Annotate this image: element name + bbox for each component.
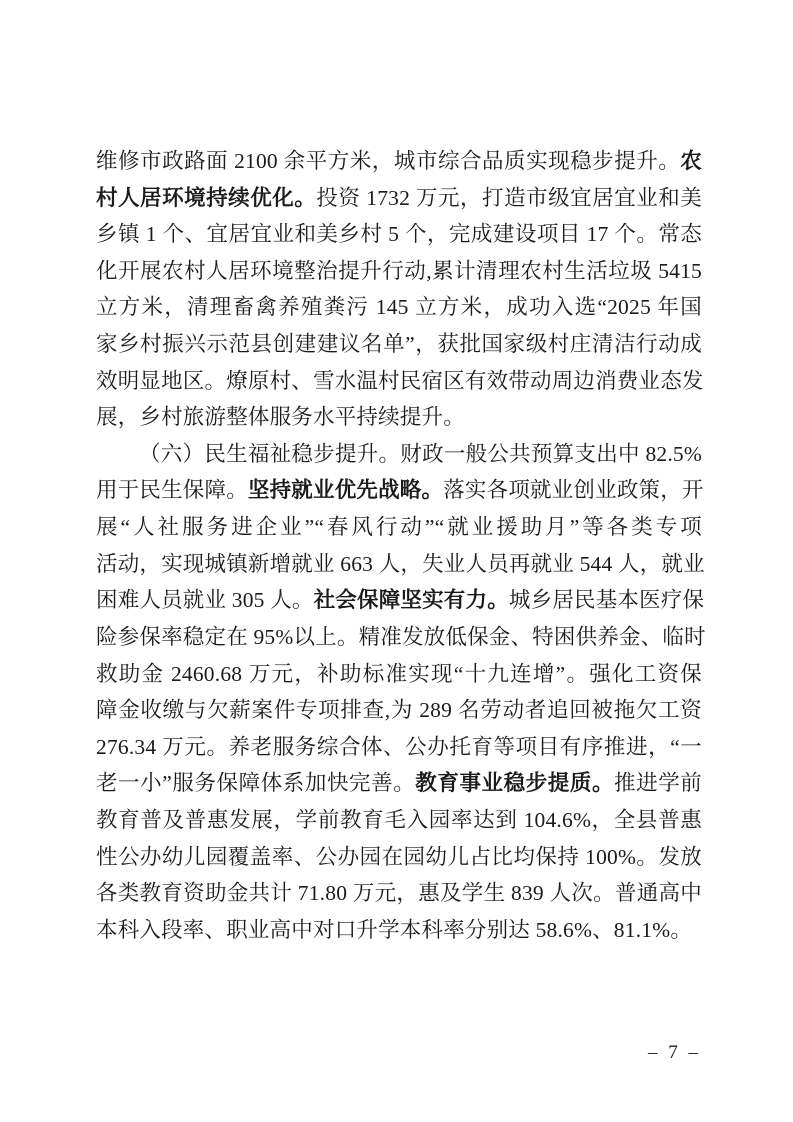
text-line: 活动，实现城镇新增就业 663 人，失业人员再就业 544 人，就业 <box>96 546 702 583</box>
text-run: 立方米，清理畜禽养殖粪污 145 立方米，成功入选“2025 年国 <box>96 295 702 319</box>
text-run: 效明显地区。燎原村、雪水温村民宿区有效带动周边消费业态发 <box>96 369 704 393</box>
text-line: 展“人社服务进企业”“春风行动”“就业援助月”等各类专项 <box>96 509 702 546</box>
text-run-bold: 教育事业稳步提质。 <box>415 771 614 795</box>
text-run: 落实各项就业创业政策，开 <box>443 478 703 502</box>
text-line: 村人居环境持续优化。投资 1732 万元，打造市级宜居宜业和美 <box>96 180 702 217</box>
text-run: 本科入段率、职业高中对口升学本科率分别达 58.6%、81.1%。 <box>96 918 692 942</box>
text-line: 展，乡村旅游整体服务水平持续提升。 <box>96 399 702 436</box>
text-line: 效明显地区。燎原村、雪水温村民宿区有效带动周边消费业态发 <box>96 363 702 400</box>
text-run: 性公办幼儿园覆盖率、公办园在园幼儿占比均保持 100%。发放 <box>96 845 702 869</box>
text-line: 乡镇 1 个、宜居宜业和美乡村 5 个，完成建设项目 17 个。常态 <box>96 216 702 253</box>
text-run: 展，乡村旅游整体服务水平持续提升。 <box>96 405 465 429</box>
text-line: 老一小”服务保障体系加快完善。教育事业稳步提质。推进学前 <box>96 765 702 802</box>
text-run: 维修市政路面 2100 余平方米，城市综合品质实现稳步提升。 <box>96 149 680 173</box>
text-run-bold: 农 <box>680 149 702 173</box>
text-run: 展“人社服务进企业”“春风行动”“就业援助月”等各类专项 <box>96 515 702 539</box>
text-line: 本科入段率、职业高中对口升学本科率分别达 58.6%、81.1%。 <box>96 912 702 949</box>
text-run-bold: 村人居环境持续优化。 <box>96 186 316 210</box>
text-run: （六）民生福祉稳步提升。财政一般公共预算支出中 82.5% <box>139 442 702 466</box>
text-run: 投资 1732 万元，打造市级宜居宜业和美 <box>316 186 702 210</box>
text-run: 276.34 万元。养老服务综合体、公办托育等项目有序推进，“一 <box>96 735 702 759</box>
text-line: 险参保率稳定在 95%以上。精准发放低保金、特困供养金、临时 <box>96 619 702 656</box>
text-line: （六）民生福祉稳步提升。财政一般公共预算支出中 82.5% <box>96 436 702 473</box>
text-run: 推进学前 <box>614 771 702 795</box>
text-run-bold: 坚持就业优先战略。 <box>248 478 443 502</box>
text-run: 险参保率稳定在 95%以上。精准发放低保金、特困供养金、临时 <box>96 625 706 649</box>
text-line: 性公办幼儿园覆盖率、公办园在园幼儿占比均保持 100%。发放 <box>96 839 702 876</box>
text-run: 化开展农村人居环境整治提升行动,累计清理农村生活垃圾 5415 <box>96 259 702 283</box>
text-run: 教育普及普惠发展，学前教育毛入园率达到 104.6%，全县普惠 <box>96 808 702 832</box>
document-page: 维修市政路面 2100 余平方米，城市综合品质实现稳步提升。农村人居环境持续优化… <box>0 0 793 1122</box>
text-line: 维修市政路面 2100 余平方米，城市综合品质实现稳步提升。农 <box>96 143 702 180</box>
text-line: 困难人员就业 305 人。社会保障坚实有力。城乡居民基本医疗保 <box>96 582 702 619</box>
text-line: 救助金 2460.68 万元，补助标准实现“十九连增”。强化工资保 <box>96 656 702 693</box>
text-run: 救助金 2460.68 万元，补助标准实现“十九连增”。强化工资保 <box>96 662 702 686</box>
text-run-bold: 社会保障坚实有力。 <box>314 588 509 612</box>
text-line: 家乡村振兴示范县创建建议名单”，获批国家级村庄清洁行动成 <box>96 326 702 363</box>
text-run: 乡镇 1 个、宜居宜业和美乡村 5 个，完成建设项目 17 个。常态 <box>96 222 702 246</box>
text-line: 各类教育资助金共计 71.80 万元，惠及学生 839 人次。普通高中 <box>96 875 702 912</box>
text-run: 障金收缴与欠薪案件专项排查,为 289 名劳动者追回被拖欠工资 <box>96 698 702 722</box>
text-run: 活动，实现城镇新增就业 663 人，失业人员再就业 544 人，就业 <box>96 552 705 576</box>
text-run: 各类教育资助金共计 71.80 万元，惠及学生 839 人次。普通高中 <box>96 881 702 905</box>
text-run: 城乡居民基本医疗保 <box>509 588 704 612</box>
text-line: 276.34 万元。养老服务综合体、公办托育等项目有序推进，“一 <box>96 729 702 766</box>
page-number: – 7 – <box>648 1041 698 1065</box>
text-line: 立方米，清理畜禽养殖粪污 145 立方米，成功入选“2025 年国 <box>96 289 702 326</box>
text-line: 用于民生保障。坚持就业优先战略。落实各项就业创业政策，开 <box>96 472 702 509</box>
text-line: 教育普及普惠发展，学前教育毛入园率达到 104.6%，全县普惠 <box>96 802 702 839</box>
text-run: 家乡村振兴示范县创建建议名单”，获批国家级村庄清洁行动成 <box>96 332 702 356</box>
text-run: 困难人员就业 305 人。 <box>96 588 314 612</box>
text-run: 用于民生保障。 <box>96 478 248 502</box>
text-line: 障金收缴与欠薪案件专项排查,为 289 名劳动者追回被拖欠工资 <box>96 692 702 729</box>
text-run: 老一小”服务保障体系加快完善。 <box>96 771 415 795</box>
text-line: 化开展农村人居环境整治提升行动,累计清理农村生活垃圾 5415 <box>96 253 702 290</box>
document-body: 维修市政路面 2100 余平方米，城市综合品质实现稳步提升。农村人居环境持续优化… <box>96 143 702 948</box>
